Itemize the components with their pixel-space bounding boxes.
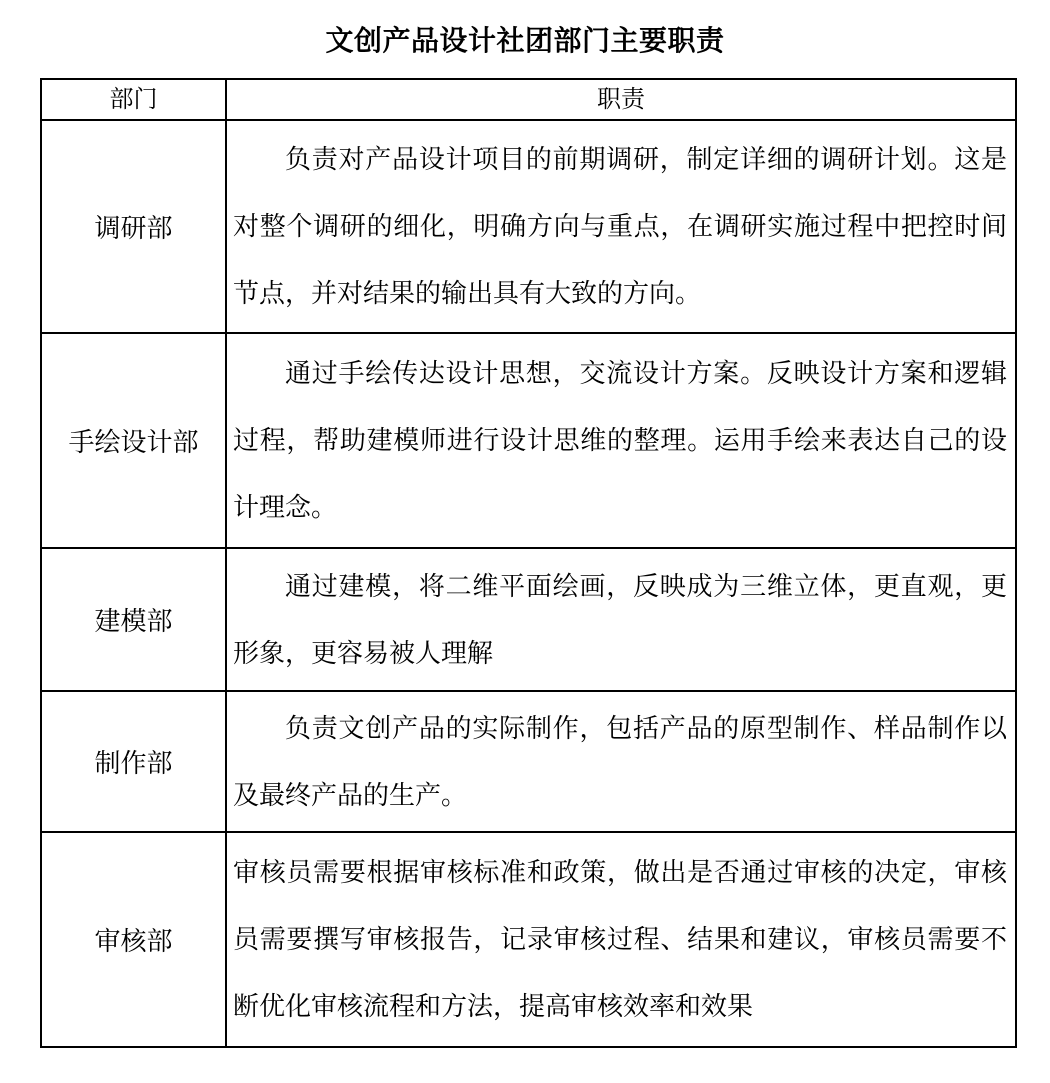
department-cell: 审核部 — [41, 832, 226, 1047]
department-cell: 制作部 — [41, 691, 226, 832]
duty-text: 通过建模，将二维平面绘画，反映成为三维立体，更直观，更形象，更容易被人理解 — [233, 553, 1007, 687]
duty-text: 负责文创产品的实际制作，包括产品的原型制作、样品制作以及最终产品的生产。 — [233, 695, 1007, 829]
duty-cell: 负责对产品设计项目的前期调研，制定详细的调研计划。这是对整个调研的细化，明确方向… — [226, 120, 1016, 333]
duty-cell: 通过建模，将二维平面绘画，反映成为三维立体，更直观，更形象，更容易被人理解 — [226, 548, 1016, 691]
table-header-row: 部门 职责 — [41, 79, 1016, 120]
duty-text: 负责对产品设计项目的前期调研，制定详细的调研计划。这是对整个调研的细化，明确方向… — [233, 126, 1007, 327]
duty-cell: 通过手绘传达设计思想，交流设计方案。反映设计方案和逻辑过程，帮助建模师进行设计思… — [226, 333, 1016, 548]
department-cell: 手绘设计部 — [41, 333, 226, 548]
duty-cell: 审核员需要根据审核标准和政策，做出是否通过审核的决定，审核员需要撰写审核报告，记… — [226, 832, 1016, 1047]
table-row: 制作部 负责文创产品的实际制作，包括产品的原型制作、样品制作以及最终产品的生产。 — [41, 691, 1016, 832]
table-header-duty: 职责 — [226, 79, 1016, 120]
page-title: 文创产品设计社团部门主要职责 — [0, 26, 1050, 56]
duty-text: 审核员需要根据审核标准和政策，做出是否通过审核的决定，审核员需要撰写审核报告，记… — [233, 839, 1007, 1040]
duty-text: 通过手绘传达设计思想，交流设计方案。反映设计方案和逻辑过程，帮助建模师进行设计思… — [233, 340, 1007, 541]
department-cell: 调研部 — [41, 120, 226, 333]
table-row: 建模部 通过建模，将二维平面绘画，反映成为三维立体，更直观，更形象，更容易被人理… — [41, 548, 1016, 691]
table-row: 手绘设计部 通过手绘传达设计思想，交流设计方案。反映设计方案和逻辑过程，帮助建模… — [41, 333, 1016, 548]
department-cell: 建模部 — [41, 548, 226, 691]
document-page: 文创产品设计社团部门主要职责 部门 职责 调研部 负责对产品设计项目的前期调研，… — [0, 0, 1050, 1083]
duty-cell: 负责文创产品的实际制作，包括产品的原型制作、样品制作以及最终产品的生产。 — [226, 691, 1016, 832]
responsibilities-table: 部门 职责 调研部 负责对产品设计项目的前期调研，制定详细的调研计划。这是对整个… — [40, 78, 1017, 1048]
table-row: 审核部 审核员需要根据审核标准和政策，做出是否通过审核的决定，审核员需要撰写审核… — [41, 832, 1016, 1047]
table-header-department: 部门 — [41, 79, 226, 120]
table-row: 调研部 负责对产品设计项目的前期调研，制定详细的调研计划。这是对整个调研的细化，… — [41, 120, 1016, 333]
